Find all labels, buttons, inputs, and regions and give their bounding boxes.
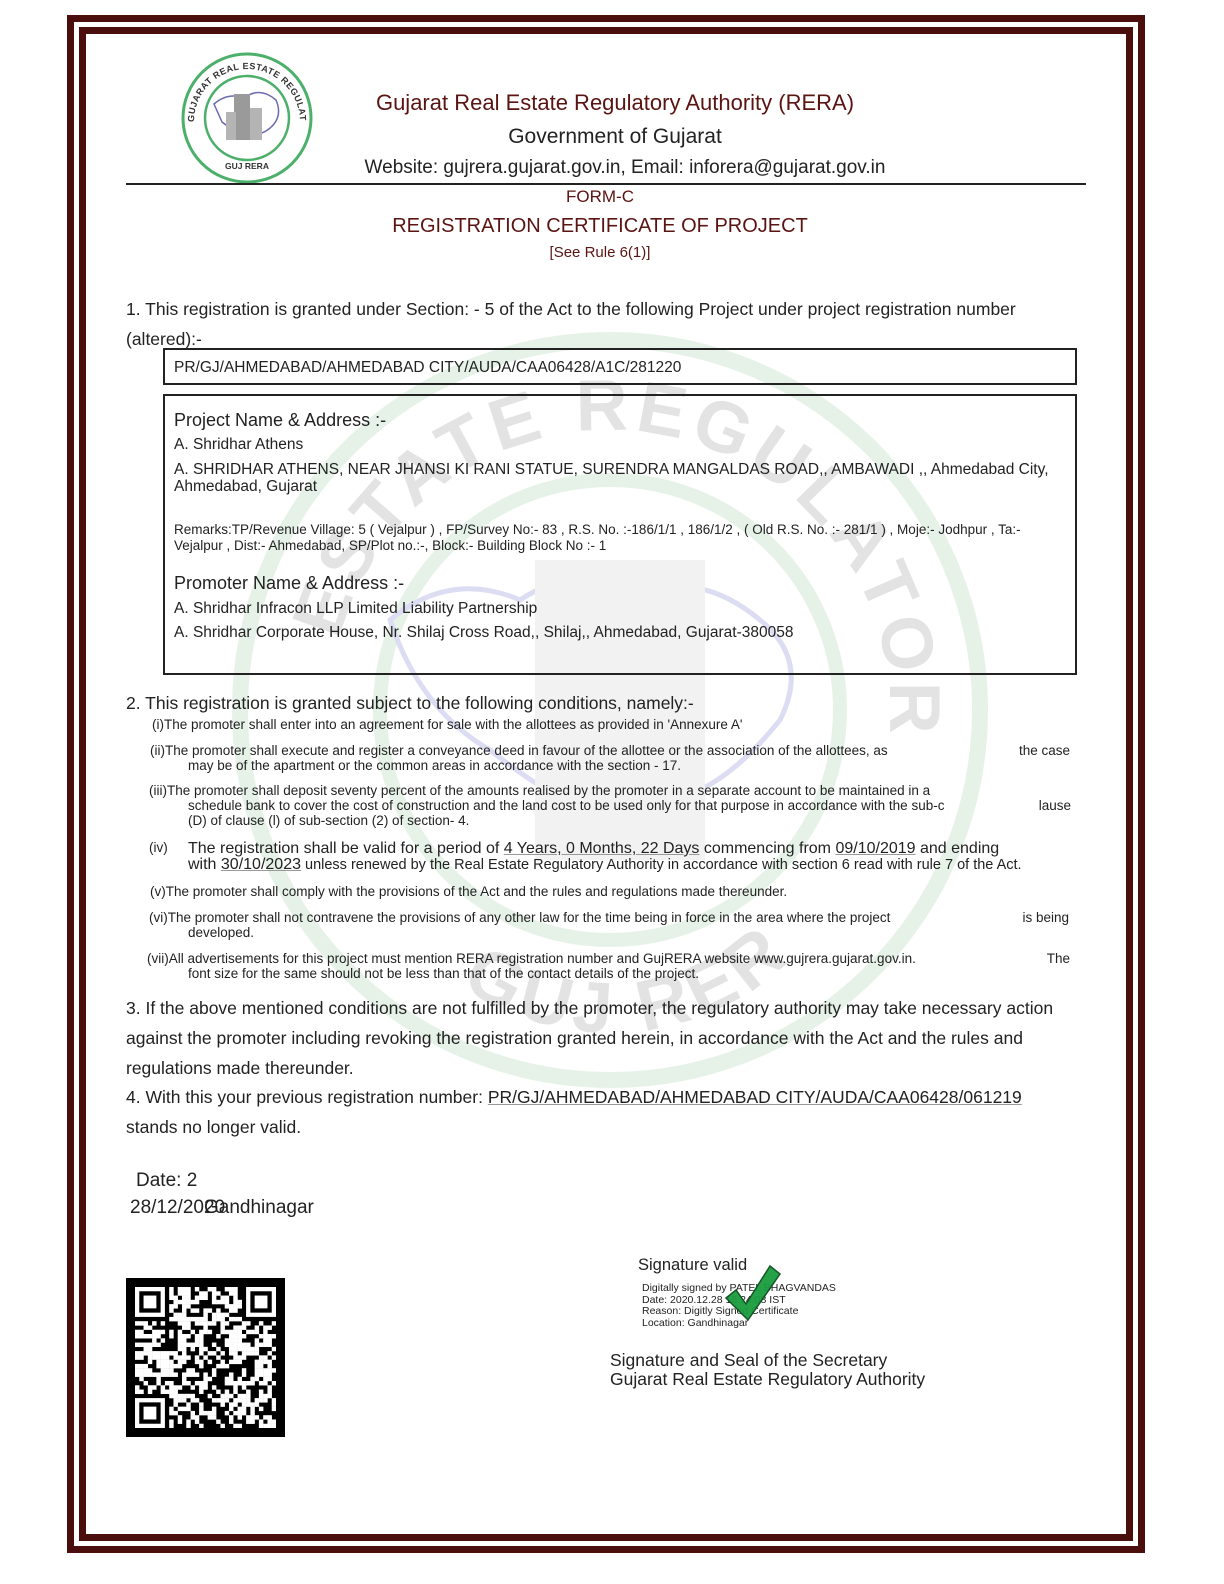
form-label: FORM-C <box>0 187 1212 207</box>
header-divider <box>126 183 1086 185</box>
condition-i: (i)The promoter shall enter into an agre… <box>152 717 1072 732</box>
condition-iii: (iii)The promoter shall deposit seventy … <box>149 783 1071 828</box>
previous-registration-number: PR/GJ/AHMEDABAD/AHMEDABAD CITY/AUDA/CAA0… <box>488 1087 1022 1107</box>
section-1-text: 1. This registration is granted under Se… <box>126 294 1091 354</box>
gujrera-seal-icon: GUJARAT REAL ESTATE REGULATORY AUTHORITY… <box>178 52 316 184</box>
registration-number-box: PR/GJ/AHMEDABAD/AHMEDABAD CITY/AUDA/CAA0… <box>163 348 1077 385</box>
section-2-heading: 2. This registration is granted subject … <box>126 688 1091 718</box>
issue-place: Gandhinagar <box>204 1197 314 1219</box>
promoter-name: A. Shridhar Infracon LLP Limited Liabili… <box>174 600 537 618</box>
condition-vi: (vi)The promoter shall not contravene th… <box>149 910 1069 940</box>
section-4-text: 4. With this your previous registration … <box>126 1082 1101 1142</box>
date-label: Date: 2 <box>136 1170 197 1192</box>
svg-text:GUJ RERA: GUJ RERA <box>225 161 269 171</box>
government-name: Government of Gujarat <box>330 125 900 149</box>
project-details-box: Project Name & Address :- A. Shridhar At… <box>163 394 1077 675</box>
project-address: A. SHRIDHAR ATHENS, NEAR JHANSI KI RANI … <box>174 461 1054 495</box>
contact-line: Website: gujrera.gujarat.gov.in, Email: … <box>330 157 920 179</box>
section-3-text: 3. If the above mentioned conditions are… <box>126 993 1091 1083</box>
condition-ii: (ii)The promoter shall execute and regis… <box>150 743 1070 773</box>
promoter-address: A. Shridhar Corporate House, Nr. Shilaj … <box>174 624 793 642</box>
project-remarks: Remarks:TP/Revenue Village: 5 ( Vejalpur… <box>174 522 1054 554</box>
condition-iv: (iv) The registration shall be valid for… <box>149 840 1069 873</box>
project-heading: Project Name & Address :- <box>174 410 386 431</box>
rule-reference: [See Rule 6(1)] <box>0 244 1212 261</box>
signature-valid-check-icon <box>722 1262 782 1326</box>
promoter-heading: Promoter Name & Address :- <box>174 573 404 594</box>
condition-v: (v)The promoter shall comply with the pr… <box>150 884 1070 899</box>
condition-vii: (vii)All advertisements for this project… <box>147 951 1070 981</box>
validity-end-date: 30/10/2023 <box>221 856 301 873</box>
authority-title: Gujarat Real Estate Regulatory Authority… <box>330 90 900 116</box>
project-name: A. Shridhar Athens <box>174 436 303 454</box>
certificate-title: REGISTRATION CERTIFICATE OF PROJECT <box>0 215 1212 238</box>
qr-code-icon <box>126 1278 285 1437</box>
signature-seal-caption: Signature and Seal of the Secretary Guja… <box>610 1351 925 1389</box>
validity-period: 4 Years, 0 Months, 22 Days <box>504 840 700 857</box>
validity-start-date: 09/10/2019 <box>835 840 915 857</box>
registration-number: PR/GJ/AHMEDABAD/AHMEDABAD CITY/AUDA/CAA0… <box>174 359 681 376</box>
